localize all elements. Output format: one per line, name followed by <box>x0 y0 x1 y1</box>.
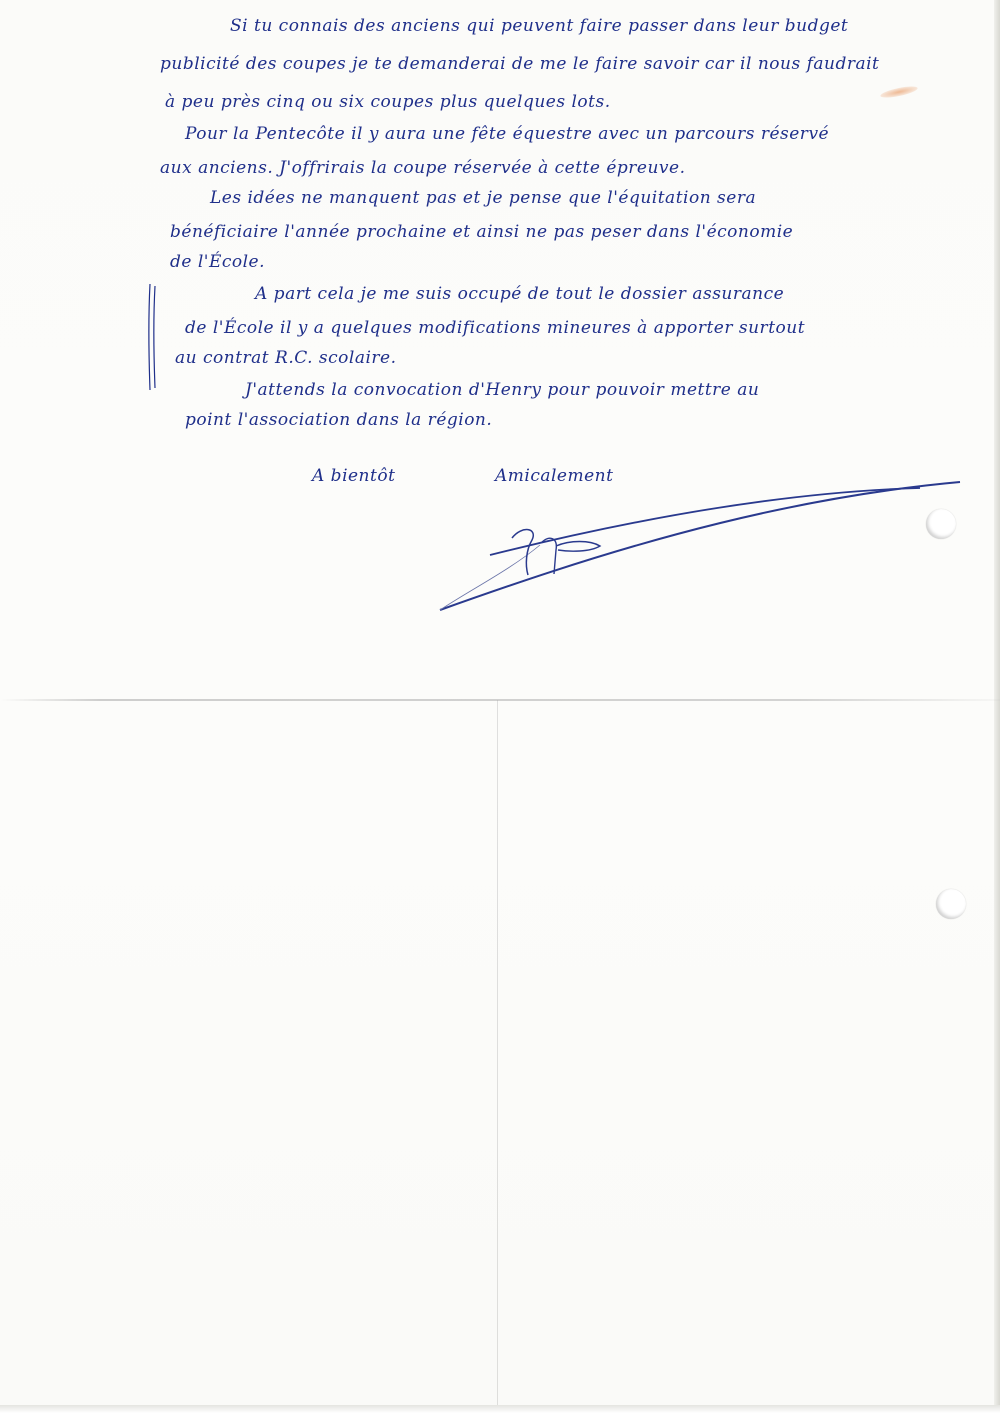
letter-line: J'attends la convocation d'Henry pour po… <box>245 380 759 400</box>
paper-right-edge <box>994 0 1000 1413</box>
letter-line: de l'École. <box>170 252 265 272</box>
letter-page: Si tu connais des anciens qui peuvent fa… <box>0 0 1000 1413</box>
letter-line: de l'École il y a quelques modifications… <box>185 318 805 338</box>
letter-line: aux anciens. J'offrirais la coupe réserv… <box>160 158 686 178</box>
letter-line: bénéficiaire l'année prochaine et ainsi … <box>170 222 793 242</box>
letter-line: A part cela je me suis occupé de tout le… <box>255 284 784 304</box>
horizontal-fold-line <box>0 699 1000 701</box>
letter-line: Les idées ne manquent pas et je pense qu… <box>210 188 756 208</box>
letter-line: au contrat R.C. scolaire. <box>175 348 397 368</box>
letter-line: Pour la Pentecôte il y aura une fête équ… <box>185 124 829 144</box>
letter-line: Si tu connais des anciens qui peuvent fa… <box>230 16 848 36</box>
signature <box>430 480 970 615</box>
ink-stain <box>880 84 919 100</box>
margin-double-line-mark <box>147 282 157 392</box>
letter-line: à peu près cinq ou six coupes plus quelq… <box>165 92 611 112</box>
vertical-fold-line <box>497 700 498 1413</box>
closing-a-bientot: A bientôt <box>312 466 395 486</box>
paper-bottom-edge <box>0 1405 1000 1413</box>
letter-line: publicité des coupes je te demanderai de… <box>160 54 879 74</box>
punch-hole-bottom <box>936 889 966 919</box>
letter-line: point l'association dans la région. <box>185 410 492 430</box>
